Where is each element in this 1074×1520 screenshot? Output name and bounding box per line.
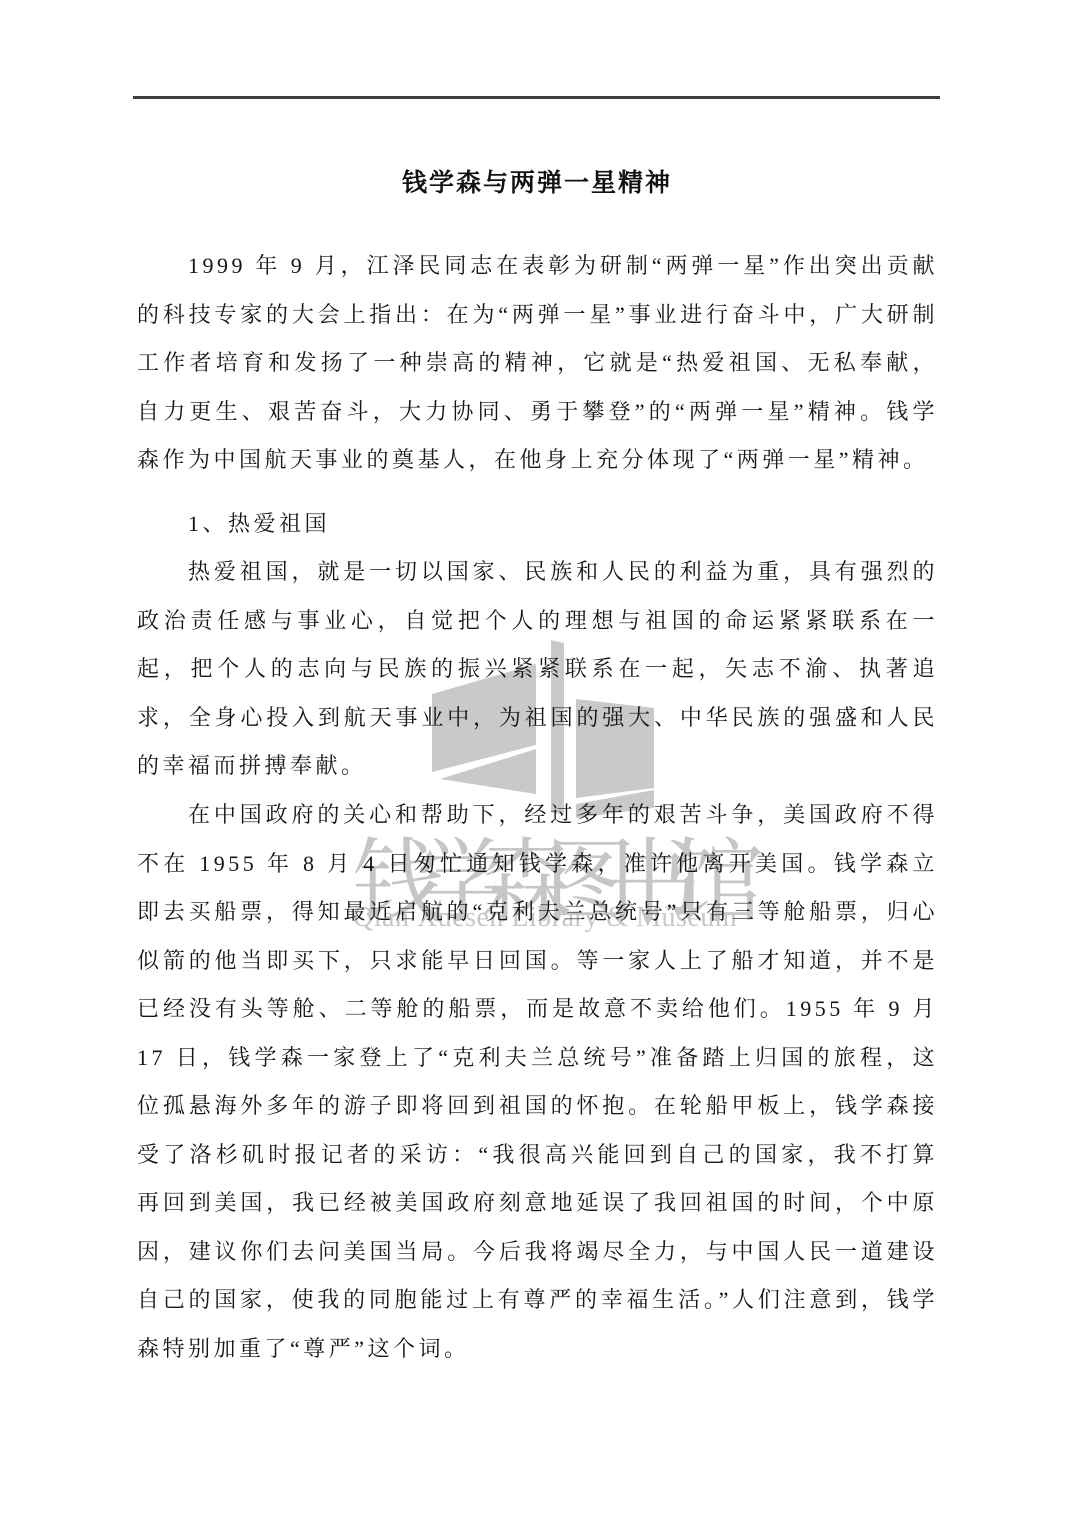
document-content: 钱学森与两弹一星精神 1999 年 9 月，江泽民同志在表彰为研制“两弹一星”作…	[0, 0, 1074, 1520]
paragraph-return-story: 在中国政府的关心和帮助下，经过多年的艰苦斗争，美国政府不得不在 1955 年 8…	[137, 791, 938, 1373]
header-rule	[133, 96, 940, 99]
paragraph-patriotism: 热爱祖国，就是一切以国家、民族和人民的利益为重，具有强烈的政治责任感与事业心，自…	[137, 548, 938, 791]
section-heading-love-motherland: 1、热爱祖国	[137, 500, 938, 549]
paragraph-intro: 1999 年 9 月，江泽民同志在表彰为研制“两弹一星”作出突出贡献的科技专家的…	[137, 242, 938, 485]
document-page: 钱学森图书馆 Qian Xuesen Library & Museum 钱学森与…	[0, 0, 1074, 1520]
document-title: 钱学森与两弹一星精神	[0, 165, 1074, 201]
